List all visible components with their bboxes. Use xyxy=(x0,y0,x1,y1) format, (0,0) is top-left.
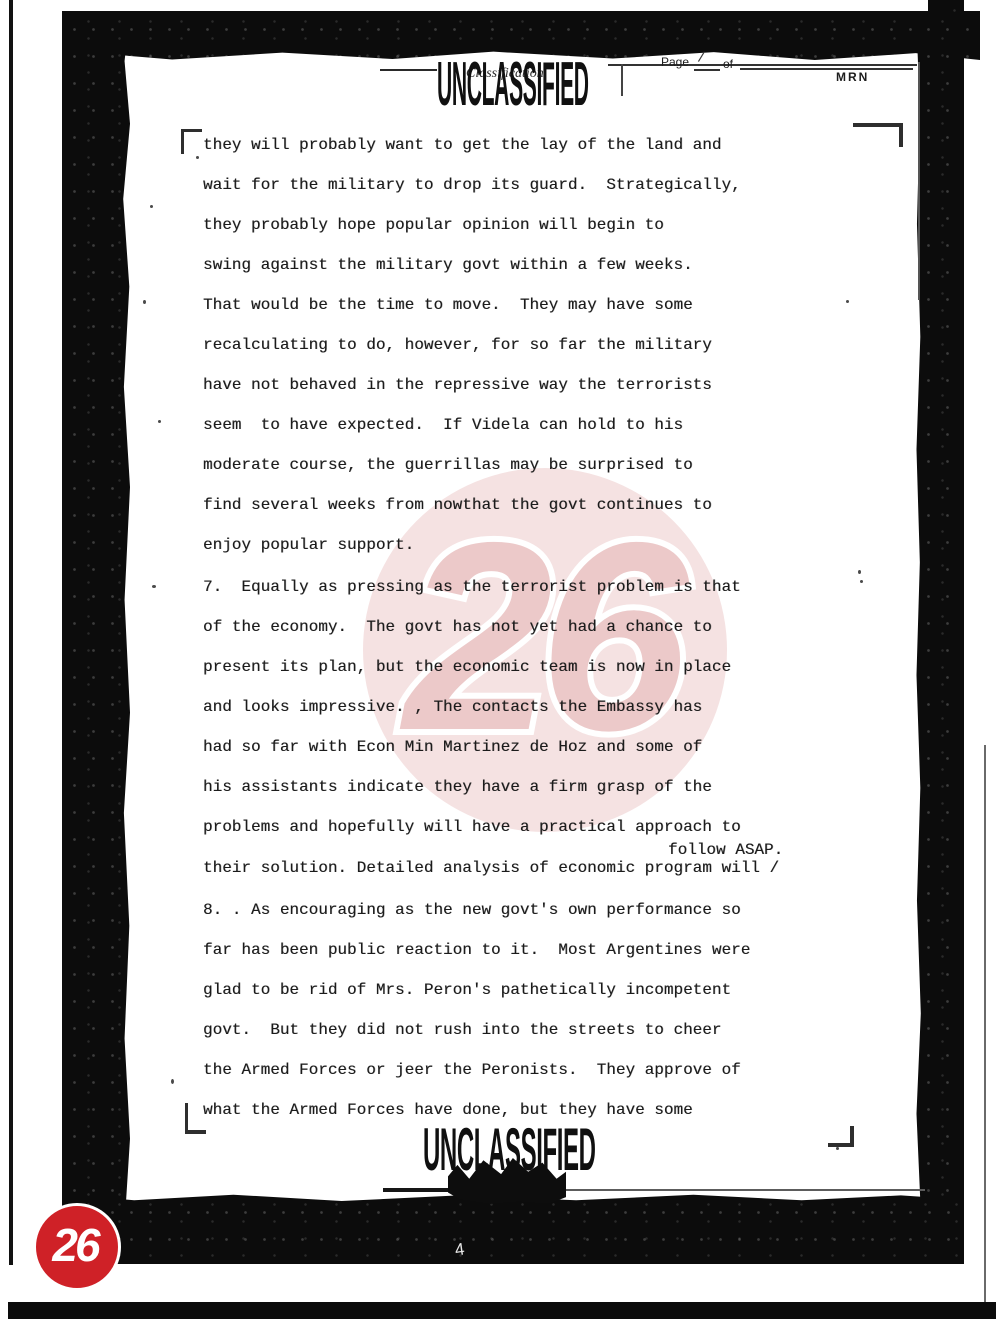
logo-26-badge: 26 xyxy=(33,1203,121,1291)
corner-bracket-top-right xyxy=(853,123,903,147)
header-rule-left xyxy=(380,69,437,71)
unclassified-stamp-top: UNCLASSIFIED xyxy=(437,54,589,116)
corner-bracket-bottom-right xyxy=(828,1126,854,1147)
document-line: find several weeks from nowthat the govt… xyxy=(203,495,712,515)
scan-speck xyxy=(152,585,156,588)
page-number-blank-line xyxy=(694,69,720,71)
logo-26-text: 26 xyxy=(52,1218,97,1272)
scan-speck xyxy=(143,300,146,304)
document-line: far has been public reaction to it. Most… xyxy=(203,940,750,960)
scan-speck xyxy=(158,420,161,423)
scan-speck xyxy=(846,300,849,303)
corner-bracket-bottom-left xyxy=(185,1103,206,1134)
corner-bracket-top-left xyxy=(181,129,202,154)
page-total-blank-line xyxy=(740,68,913,70)
page-label: Page xyxy=(661,55,689,69)
mrn-label: MRN xyxy=(836,70,869,84)
scan-border-right xyxy=(916,11,964,1264)
document-line: 7. Equally as pressing as the terrorist … xyxy=(203,577,741,597)
scan-speck xyxy=(196,156,199,159)
document-line: they probably hope popular opinion will … xyxy=(203,215,664,235)
document-line: That would be the time to move. They may… xyxy=(203,295,693,315)
document-line: glad to be rid of Mrs. Peron's pathetica… xyxy=(203,980,731,1000)
footer-rule-light xyxy=(560,1189,925,1191)
of-label: of xyxy=(723,57,733,71)
document-line: his assistants indicate they have a firm… xyxy=(203,777,712,797)
scan-speck xyxy=(860,580,863,583)
document-line: swing against the military govt within a… xyxy=(203,255,693,275)
scan-speck xyxy=(858,570,861,574)
scan-speck xyxy=(836,1147,839,1150)
scan-border-left xyxy=(62,11,130,1264)
form-right-edge-line xyxy=(918,62,920,300)
document-line: of the economy. The govt has not yet had… xyxy=(203,617,712,637)
header-box-line xyxy=(621,64,623,96)
document-line: enjoy popular support. xyxy=(203,535,414,555)
document-line: moderate course, the guerrillas may be s… xyxy=(203,455,693,475)
scanned-document-page: Classification UNCLASSIFIED Page / of MR… xyxy=(0,0,996,1320)
document-line: the Armed Forces or jeer the Peronists. … xyxy=(203,1060,741,1080)
scan-border-notch xyxy=(928,0,964,14)
document-line: they will probably want to get the lay o… xyxy=(203,135,721,155)
document-line: wait for the military to drop its guard.… xyxy=(203,175,741,195)
document-line: govt. But they did not rush into the str… xyxy=(203,1020,721,1040)
document-line: recalculating to do, however, for so far… xyxy=(203,335,712,355)
header-rule-right xyxy=(608,64,917,66)
document-line: seem to have expected. If Videla can hol… xyxy=(203,415,683,435)
document-line: present its plan, but the economic team … xyxy=(203,657,731,677)
document-line: had so far with Econ Min Martinez de Hoz… xyxy=(203,737,702,757)
scan-edge-line-left xyxy=(9,0,13,1265)
scan-edge-bar-bottom xyxy=(8,1302,996,1319)
document-line: 8. . As encouraging as the new govt's ow… xyxy=(203,900,741,920)
document-line: follow ASAP. xyxy=(668,840,783,860)
document-line: and looks impressive. , The contacts the… xyxy=(203,697,702,717)
document-line: problems and hopefully will have a pract… xyxy=(203,817,741,837)
scan-speck xyxy=(150,205,153,208)
scan-edge-line-right xyxy=(984,745,986,1308)
document-line: their solution. Detailed analysis of eco… xyxy=(203,858,779,878)
scan-speck xyxy=(171,1079,174,1084)
document-line: have not behaved in the repressive way t… xyxy=(203,375,712,395)
scan-border-bottom xyxy=(62,1194,964,1264)
